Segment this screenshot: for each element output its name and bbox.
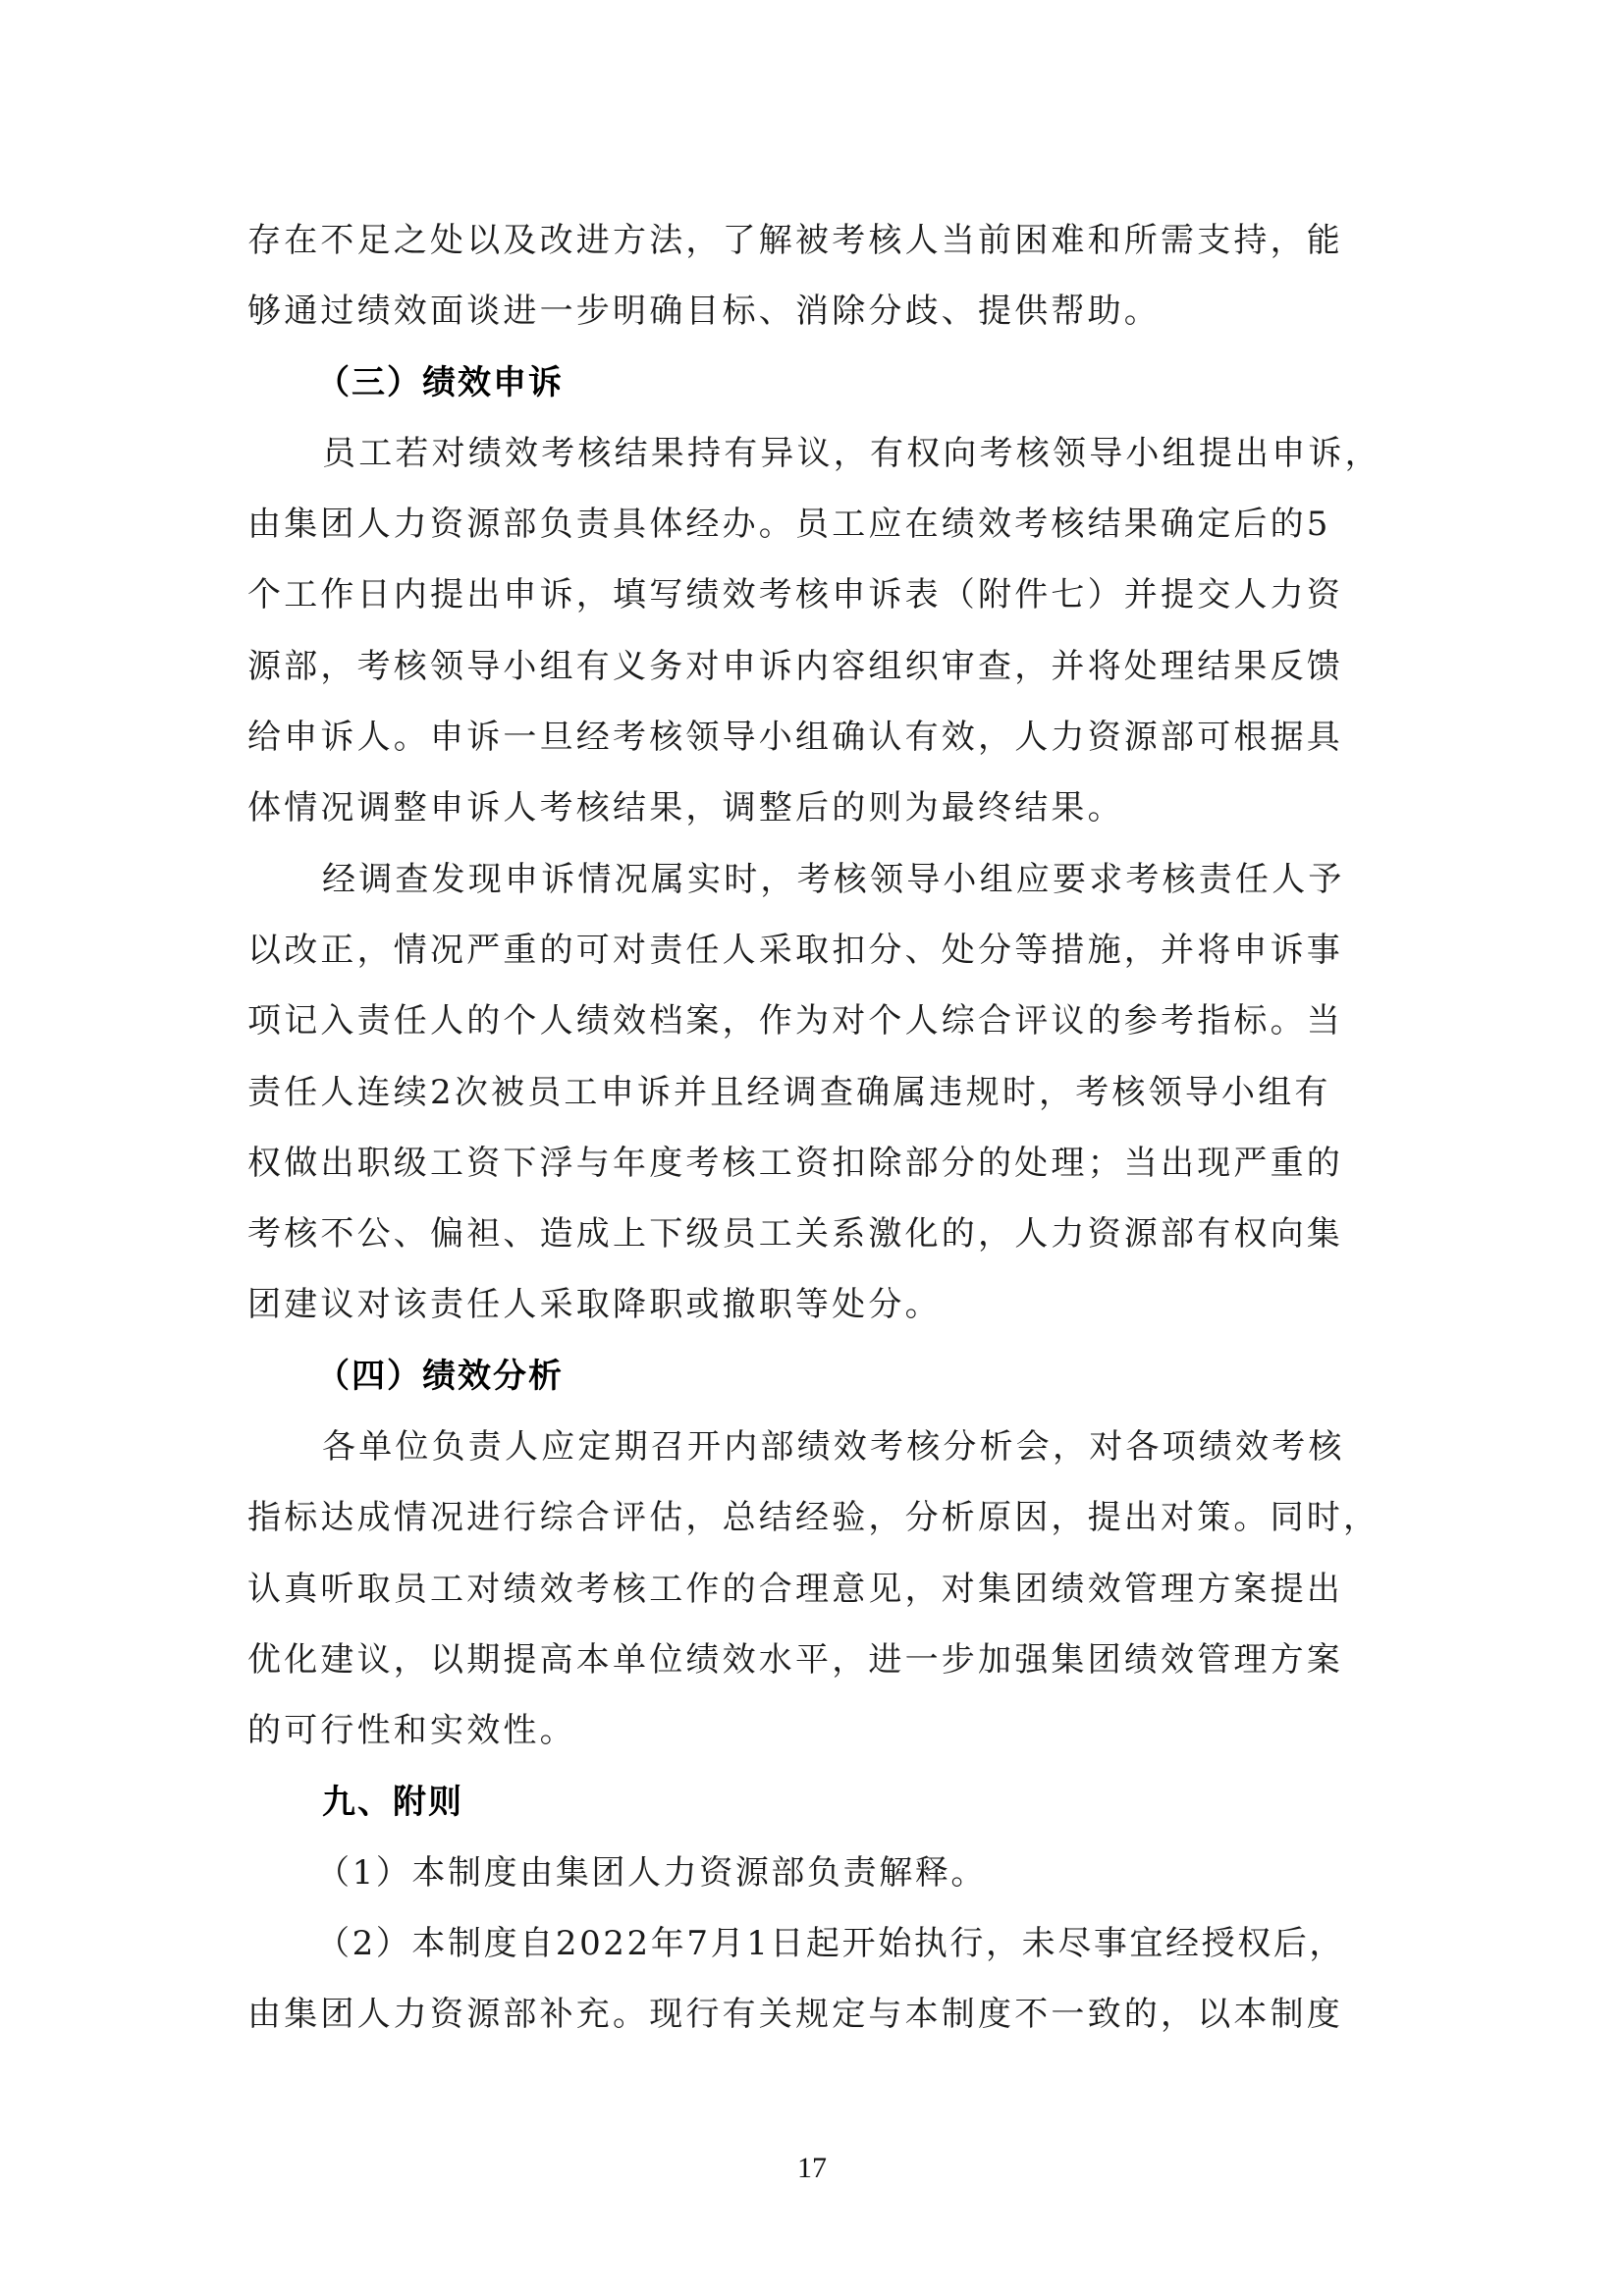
- paragraph-line: 考核不公、偏袒、造成上下级员工关系激化的，人力资源部有权向集: [247, 1199, 1372, 1269]
- list-item: （1）本制度由集团人力资源部负责解释。: [247, 1838, 1372, 1908]
- document-page: 存在不足之处以及改进方法，了解被考核人当前困难和所需支持，能 够通过绩效面谈进一…: [0, 0, 1624, 2296]
- paragraph-line: 各单位负责人应定期召开内部绩效考核分析会，对各项绩效考核: [247, 1412, 1372, 1482]
- paragraph-line: 责任人连续2次被员工申诉并且经调查确属违规时，考核领导小组有: [247, 1057, 1372, 1128]
- document-body: 存在不足之处以及改进方法，了解被考核人当前困难和所需支持，能 够通过绩效面谈进一…: [247, 205, 1372, 2051]
- section-heading-appendix: 九、附则: [247, 1767, 1372, 1838]
- paragraph-line: 认真听取员工对绩效考核工作的合理意见，对集团绩效管理方案提出: [247, 1554, 1372, 1625]
- section-subheading-appeal: （三）绩效申诉: [247, 347, 1372, 418]
- paragraph-line: 体情况调整申诉人考核结果，调整后的则为最终结果。: [247, 773, 1372, 843]
- paragraph-line: 由集团人力资源部补充。现行有关规定与本制度不一致的，以本制度: [247, 1979, 1372, 2050]
- paragraph-line: 的可行性和实效性。: [247, 1695, 1372, 1766]
- paragraph-line: 够通过绩效面谈进一步明确目标、消除分歧、提供帮助。: [247, 276, 1372, 347]
- paragraph-line: 源部，考核领导小组有义务对申诉内容组织审查，并将处理结果反馈: [247, 631, 1372, 702]
- paragraph-line: 团建议对该责任人采取降职或撤职等处分。: [247, 1269, 1372, 1340]
- paragraph-line: 优化建议，以期提高本单位绩效水平，进一步加强集团绩效管理方案: [247, 1625, 1372, 1695]
- paragraph-line: 个工作日内提出申诉，填写绩效考核申诉表（附件七）并提交人力资: [247, 560, 1372, 630]
- page-number: 17: [0, 2152, 1624, 2185]
- section-subheading-analysis: （四）绩效分析: [247, 1341, 1372, 1412]
- paragraph-line: 员工若对绩效考核结果持有异议，有权向考核领导小组提出申诉，: [247, 418, 1372, 489]
- paragraph-line: 经调查发现申诉情况属实时，考核领导小组应要求考核责任人予: [247, 844, 1372, 915]
- paragraph-line: 给申诉人。申诉一旦经考核领导小组确认有效，人力资源部可根据具: [247, 702, 1372, 773]
- paragraph-line: 项记入责任人的个人绩效档案，作为对个人综合评议的参考指标。当: [247, 986, 1372, 1056]
- list-item: （2）本制度自2022年7月1日起开始执行，未尽事宜经授权后，: [247, 1908, 1372, 1979]
- paragraph-line: 由集团人力资源部负责具体经办。员工应在绩效考核结果确定后的5: [247, 489, 1372, 560]
- paragraph-line: 存在不足之处以及改进方法，了解被考核人当前困难和所需支持，能: [247, 205, 1372, 276]
- paragraph-line: 权做出职级工资下浮与年度考核工资扣除部分的处理；当出现严重的: [247, 1128, 1372, 1199]
- paragraph-line: 以改正，情况严重的可对责任人采取扣分、处分等措施，并将申诉事: [247, 915, 1372, 986]
- paragraph-line: 指标达成情况进行综合评估，总结经验，分析原因，提出对策。同时，: [247, 1482, 1372, 1553]
